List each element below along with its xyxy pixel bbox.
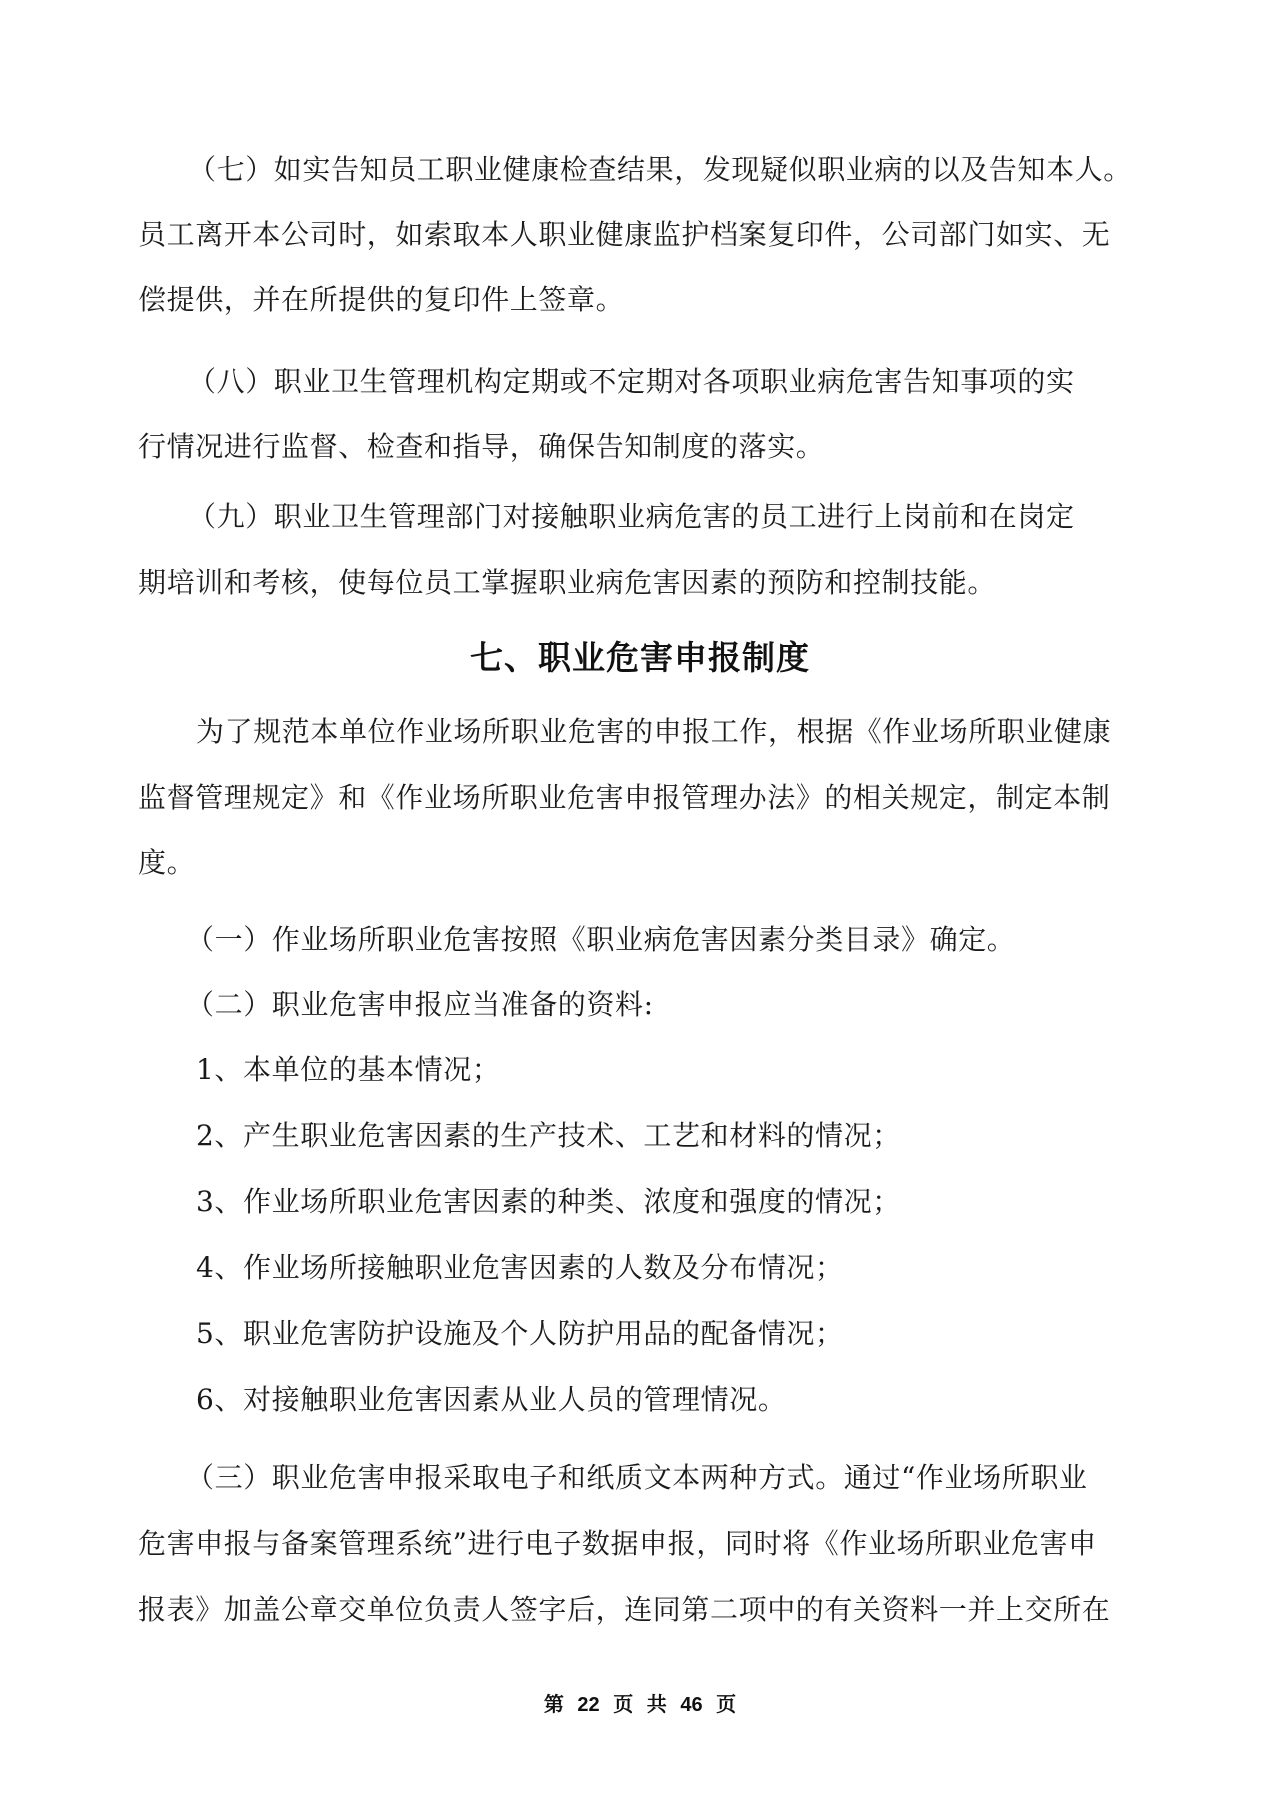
intro-line-2: 监督管理规定》和《作业场所职业危害申报管理办法》的相关规定，制定本制 — [138, 778, 1110, 818]
item-9-line-2: 期培训和考核，使每位员工掌握职业病危害因素的预防和控制技能。 — [138, 563, 996, 603]
list-item: 3、作业场所职业危害因素的种类、浓度和强度的情况； — [196, 1182, 901, 1222]
intro-line-3: 度。 — [138, 843, 195, 883]
item-7-line-1: （七）如实告知员工职业健康检查结果，发现疑似职业病的以及告知本人。 — [188, 150, 1132, 190]
intro-line-1: 为了规范本单位作业场所职业危害的申报工作，根据《作业场所职业健康 — [196, 712, 1111, 752]
page-number-footer: 第 22 页 共 46 页 — [0, 1688, 1280, 1717]
item-7-line-3: 偿提供，并在所提供的复印件上签章。 — [138, 280, 624, 320]
clause-3-line-1: （三）职业危害申报采取电子和纸质文本两种方式。通过“作业场所职业 — [186, 1458, 1088, 1498]
list-item: 2、产生职业危害因素的生产技术、工艺和材料的情况； — [196, 1116, 901, 1156]
clause-2: （二）职业危害申报应当准备的资料: — [186, 985, 654, 1025]
list-item: 1、本单位的基本情况； — [196, 1050, 500, 1090]
clause-3-line-2: 危害申报与备案管理系统”进行电子数据申报，同时将《作业场所职业危害申 — [138, 1524, 1097, 1564]
item-9-line-1: （九）职业卫生管理部门对接触职业病危害的员工进行上岗前和在岗定 — [188, 497, 1075, 537]
document-page: （七）如实告知员工职业健康检查结果，发现疑似职业病的以及告知本人。 员工离开本公… — [0, 0, 1280, 1810]
clause-1: （一）作业场所职业危害按照《职业病危害因素分类目录》确定。 — [186, 920, 1015, 960]
item-8-line-1: （八）职业卫生管理机构定期或不定期对各项职业病危害告知事项的实 — [188, 362, 1075, 402]
list-item: 5、职业危害防护设施及个人防护用品的配备情况； — [196, 1314, 844, 1354]
item-8-line-2: 行情况进行监督、检查和指导，确保告知制度的落实。 — [138, 427, 824, 467]
list-item: 4、作业场所接触职业危害因素的人数及分布情况； — [196, 1248, 844, 1288]
item-7-line-2: 员工离开本公司时，如索取本人职业健康监护档案复印件，公司部门如实、无 — [138, 215, 1110, 255]
clause-3-line-3: 报表》加盖公章交单位负责人签字后，连同第二项中的有关资料一并上交所在 — [138, 1590, 1110, 1630]
list-item: 6、对接触职业危害因素从业人员的管理情况。 — [196, 1380, 786, 1420]
section-heading: 七、职业危害申报制度 — [0, 636, 1280, 680]
